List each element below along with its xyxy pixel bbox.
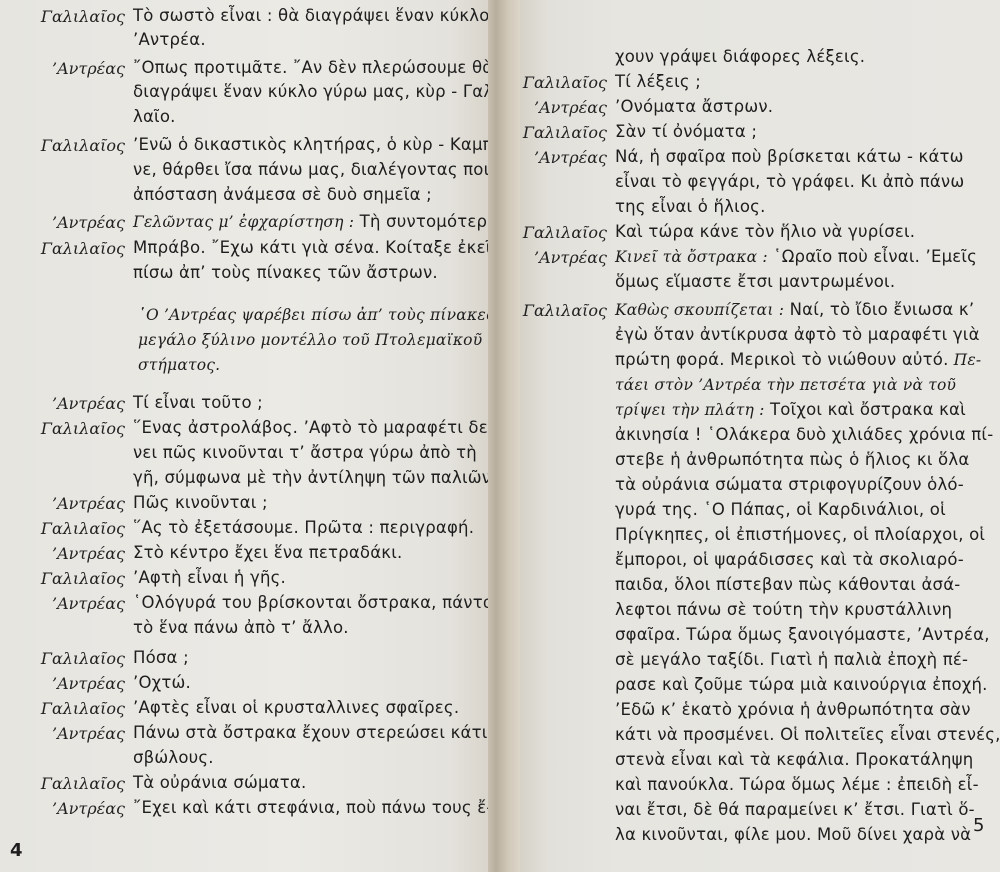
dialogue-line: Καθὼς σκουπίζεται : Ναί, τὸ ἴδιο ἔνιωσα … — [615, 300, 974, 319]
dialogue-text: νε, θάρθει ἴσα πάνω μας, διαλέγοντας ποι… — [133, 160, 488, 179]
dialogue-line: ’Ενῶ ὁ δικαστικὸς κλητήρας, ὁ κὺρ - Καμπ… — [133, 135, 488, 154]
dialogue-text: ἔμποροι, οἱ ψαράδισσες καὶ τὰ σκολιαρό- — [615, 550, 964, 569]
dialogue-text: σὲ μεγάλο ταξίδι. Γιατὶ ἡ παλιὰ ἐποχὴ πέ… — [615, 650, 968, 669]
dialogue-text: Στὸ κέντρο ἔχει ἕνα πετραδάκι. — [133, 543, 402, 562]
speaker-name: ’Αντρέας — [52, 544, 125, 563]
stage-direction: Κινεῖ τὰ ὄστρακα : — [615, 248, 768, 266]
dialogue-text: παιδα, ὅλοι πίστεβαν πὼς κάθονται ἀσά- — [615, 575, 960, 594]
speaker-name: ’Αντρέας — [52, 394, 125, 413]
dialogue-line: Τὸ σωστὸ εἶναι : θὰ διαγράψει ἕναν κύκλο — [133, 6, 488, 25]
dialogue-text: Ναί, τὸ ἴδιο ἔνιωσα κ’ — [784, 300, 974, 319]
dialogue-line: της εἶναι ὁ ἥλιος. — [615, 197, 766, 216]
dialogue-text: ’Αντρέα. — [133, 30, 206, 49]
dialogue-text: πίσω ἀπ’ τοὺς πίνακες τῶν ἄστρων. — [133, 263, 438, 282]
dialogue-line: λαῖο. — [133, 107, 176, 126]
dialogue-text: τὸ ἕνα πάνω ἀπὸ τ’ ἄλλο. — [133, 618, 349, 637]
dialogue-text: κάτι νὰ προσμένει. Οἱ πολιτεῖες εἶναι στ… — [615, 725, 1000, 744]
dialogue-text: ἀκινησία ! ῾Ολάκερα δυὸ χιλιάδες χρόνια … — [615, 425, 993, 444]
page-number-left: 4 — [10, 840, 23, 861]
dialogue-text: ἀπόσταση ἀνάμεσα σὲ δυὸ σημεῖα ; — [133, 185, 432, 204]
dialogue-text: Τὸ σωστὸ εἶναι : θὰ διαγράψει ἕναν κύκλο — [133, 6, 488, 25]
dialogue-line: ’Εδῶ κ’ ἑκατὸ χρόνια ἡ ἀνθρωπότητα σὰν — [615, 700, 971, 719]
dialogue-text: ’Εδῶ κ’ ἑκατὸ χρόνια ἡ ἀνθρωπότητα σὰν — [615, 700, 971, 719]
speaker-name: Γαλιλαῖος — [41, 239, 125, 258]
dialogue-line: Καὶ τώρα κάνε τὸν ἥλιο νὰ γυρίσει. — [615, 222, 915, 241]
dialogue-text: Τὴ συντομότερη. — [354, 212, 488, 231]
dialogue-line: λεφτοι πάνω σὲ τούτη τὴν κρυστάλλινη — [615, 600, 952, 619]
dialogue-line: ῞Ας τὸ ἐξετάσουμε. Πρῶτα : περιγραφή. — [133, 518, 474, 537]
stage-direction: τρίψει τὴν πλάτη : — [615, 401, 765, 419]
dialogue-text: Πάνω στὰ ὄστρακα ἔχουν στερεώσει κάτι — [133, 723, 488, 742]
dialogue-text: Πῶς κινοῦνται ; — [133, 493, 268, 512]
dialogue-line: Πάνω στὰ ὄστρακα ἔχουν στερεώσει κάτι — [133, 723, 488, 742]
speaker-name: ’Αντρέας — [52, 594, 125, 613]
dialogue-line: ’Οχτώ. — [133, 673, 191, 692]
dialogue-line: ἀκινησία ! ῾Ολάκερα δυὸ χιλιάδες χρόνια … — [615, 425, 993, 444]
dialogue-line: ἔμποροι, οἱ ψαράδισσες καὶ τὰ σκολιαρό- — [615, 550, 964, 569]
dialogue-line: Πρίγκηπες, οἱ ἐπιστήμονες, οἱ πλοίαρχοι,… — [615, 525, 985, 544]
dialogue-line: Νά, ἡ σφαῖρα ποὺ βρίσκεται κάτω - κάτω — [615, 147, 964, 166]
dialogue-line: ῎Εχει καὶ κάτι στεφάνια, ποὺ πάνω τους ἔ… — [133, 798, 488, 817]
dialogue-text: γυρά της. ῾Ο Πάπας, οἱ Καρδινάλιοι, οἱ — [615, 500, 946, 519]
dialogue-text: ’Οχτώ. — [133, 673, 191, 692]
dialogue-line: Μπράβο. ῎Εχω κάτι γιὰ σένα. Κοίταξε ἐκεῖ — [133, 238, 488, 257]
dialogue-line: γῆ, σύμφωνα μὲ τὴν ἀντίληψη τῶν παλιῶν. — [133, 468, 488, 487]
dialogue-line: Κινεῖ τὰ ὄστρακα : ῾Ωραῖο ποὺ εἶναι. ’Εμ… — [615, 247, 977, 266]
dialogue-text: τὰ οὐράνια σώματα στριφογυρίζουν ὁλό- — [615, 475, 964, 494]
dialogue-line: ῾Ολόγυρά του βρίσκονται ὄστρακα, πάντα — [133, 593, 488, 612]
speaker-name: Γαλιλαῖος — [41, 649, 125, 668]
dialogue-line: σὲ μεγάλο ταξίδι. Γιατὶ ἡ παλιὰ ἐποχὴ πέ… — [615, 650, 968, 669]
stage-direction-line: μεγάλο ξύλινο μοντέλλο τοῦ Πτολεμαϊκοῦ σ… — [138, 330, 488, 349]
dialogue-text: γῆ, σύμφωνα μὲ τὴν ἀντίληψη τῶν παλιῶν. — [133, 468, 488, 487]
dialogue-line: ῎Οπως προτιμᾶτε. ῎Αν δὲν πλερώσουμε θὰ — [133, 58, 488, 77]
speaker-name: Γαλιλαῖος — [523, 123, 607, 142]
dialogue-text: ’Ενῶ ὁ δικαστικὸς κλητήρας, ὁ κὺρ - Καμπ… — [133, 135, 488, 154]
dialogue-text: ἐγὼ ὅταν ἀντίκρυσα ἀφτὸ τὸ μαραφέτι γιὰ — [615, 325, 980, 344]
dialogue-text: ῎Οπως προτιμᾶτε. ῎Αν δὲν πλερώσουμε θὰ — [133, 58, 488, 77]
dialogue-line: ναι ἔτσι, δὲ θά παραμείνει κ’ ἔτσι. Γιατ… — [615, 800, 975, 819]
dialogue-text: Νά, ἡ σφαῖρα ποὺ βρίσκεται κάτω - κάτω — [615, 147, 964, 166]
dialogue-line: Στὸ κέντρο ἔχει ἕνα πετραδάκι. — [133, 543, 402, 562]
dialogue-line: χουν γράψει διάφορες λέξεις. — [615, 47, 865, 66]
dialogue-line: Τὰ οὐράνια σώματα. — [133, 773, 306, 792]
dialogue-text: ’Αφτὲς εἶναι οἱ κρυσταλλινες σφαῖρες. — [133, 698, 459, 717]
speaker-name: Γαλιλαῖος — [41, 136, 125, 155]
dialogue-line: ’Ονόματα ἄστρων. — [615, 97, 773, 116]
dialogue-text: ’Ονόματα ἄστρων. — [615, 97, 773, 116]
stage-direction: ῾Ο ’Αντρέας ψαρέβει πίσω ἀπ’ τοὺς πίνακε… — [138, 306, 488, 324]
left-page: ΓαλιλαῖοςΤὸ σωστὸ εἶναι : θὰ διαγράψει ἕ… — [0, 0, 488, 872]
dialogue-text: λαῖο. — [133, 107, 176, 126]
stage-direction: Καθὼς σκουπίζεται : — [615, 301, 784, 319]
dialogue-line: πρώτη φορά. Μερικοὶ τὸ νιώθουν αὐτό. Πε- — [615, 350, 981, 369]
dialogue-line: πίσω ἀπ’ τοὺς πίνακες τῶν ἄστρων. — [133, 263, 438, 282]
dialogue-line: Γελῶντας μ’ ἐφχαρίστηση : Τὴ συντομότερη… — [133, 212, 488, 231]
dialogue-text: νει πῶς κινοῦνται τ’ ἄστρα γύρω ἀπὸ τὴ — [133, 443, 477, 462]
dialogue-line: ’Αντρέα. — [133, 30, 206, 49]
dialogue-text: Μπράβο. ῎Εχω κάτι γιὰ σένα. Κοίταξε ἐκεῖ — [133, 238, 488, 257]
dialogue-text: στεβε ἡ ἀνθρωπότητα πὼς ὁ ἥλιος κι ὅλα — [615, 450, 969, 469]
stage-direction: Γελῶντας μ’ ἐφχαρίστηση : — [133, 213, 354, 231]
dialogue-text: λα κινοῦνται, φίλε μου. Μοῦ δίνει χαρὰ ν… — [615, 825, 971, 844]
dialogue-line: τὸ ἕνα πάνω ἀπὸ τ’ ἄλλο. — [133, 618, 349, 637]
dialogue-text: εἶναι τὸ φεγγάρι, τὸ γράφει. Κι ἀπὸ πάνω — [615, 172, 964, 191]
dialogue-line: ρασε καὶ ζοῦμε τώρα μιὰ καινούργια ἐποχή… — [615, 675, 988, 694]
speaker-name: Γαλιλαῖος — [41, 419, 125, 438]
dialogue-line: ἐγὼ ὅταν ἀντίκρυσα ἀφτὸ τὸ μαραφέτι γιὰ — [615, 325, 980, 344]
speaker-name: Γαλιλαῖος — [523, 301, 607, 320]
speaker-name: ’Αντρέας — [52, 724, 125, 743]
dialogue-text: Τί εἶναι τοῦτο ; — [133, 393, 263, 412]
dialogue-text: ’Αφτὴ εἶναι ἡ γῆς. — [133, 568, 286, 587]
dialogue-line: εἶναι τὸ φεγγάρι, τὸ γράφει. Κι ἀπὸ πάνω — [615, 172, 964, 191]
dialogue-text: Καὶ τώρα κάνε τὸν ἥλιο νὰ γυρίσει. — [615, 222, 915, 241]
dialogue-line: ’Αφτὴ εἶναι ἡ γῆς. — [133, 568, 286, 587]
dialogue-line: γυρά της. ῾Ο Πάπας, οἱ Καρδινάλιοι, οἱ — [615, 500, 946, 519]
speaker-name: ’Αντρέας — [52, 494, 125, 513]
dialogue-text: ῎Εχει καὶ κάτι στεφάνια, ποὺ πάνω τους ἔ… — [133, 798, 488, 817]
dialogue-text: λεφτοι πάνω σὲ τούτη τὴν κρυστάλλινη — [615, 600, 952, 619]
speaker-name: ’Αντρέας — [52, 799, 125, 818]
dialogue-text: Πόσα ; — [133, 648, 189, 667]
dialogue-line: Τί λέξεις ; — [615, 72, 701, 91]
dialogue-text: πρώτη φορά. Μερικοὶ τὸ νιώθουν αὐτό. — [615, 350, 949, 369]
dialogue-text: χουν γράψει διάφορες λέξεις. — [615, 47, 865, 66]
dialogue-line: νει πῶς κινοῦνται τ’ ἄστρα γύρω ἀπὸ τὴ — [133, 443, 477, 462]
dialogue-text: ρασε καὶ ζοῦμε τώρα μιὰ καινούργια ἐποχή… — [615, 675, 988, 694]
dialogue-line: ἀπόσταση ἀνάμεσα σὲ δυὸ σημεῖα ; — [133, 185, 432, 204]
speaker-name: Γαλιλαῖος — [523, 73, 607, 92]
stage-direction: Πε- — [949, 351, 982, 369]
dialogue-line: Πόσα ; — [133, 648, 189, 667]
dialogue-line: τὰ οὐράνια σώματα στριφογυρίζουν ὁλό- — [615, 475, 964, 494]
dialogue-line: Σὰν τί ὀνόματα ; — [615, 122, 757, 141]
book-gutter — [488, 0, 520, 872]
speaker-name: Γαλιλαῖος — [41, 569, 125, 588]
stage-direction: μεγάλο ξύλινο μοντέλλο τοῦ Πτολεμαϊκοῦ σ… — [138, 331, 488, 349]
speaker-name: ’Αντρέας — [534, 98, 607, 117]
dialogue-line: τρίψει τὴν πλάτη : Τοῖχοι καὶ ὄστρακα κα… — [615, 400, 966, 419]
speaker-name: Γαλιλαῖος — [41, 699, 125, 718]
dialogue-line: Πῶς κινοῦνται ; — [133, 493, 268, 512]
dialogue-text: σφαῖρα. Τώρα ὅμως ξανοιγόμαστε, ’Αντρέα, — [615, 625, 990, 644]
speaker-name: Γαλιλαῖος — [41, 519, 125, 538]
speaker-name: ’Αντρέας — [52, 59, 125, 78]
dialogue-line: σβώλους. — [133, 748, 214, 767]
dialogue-text: Τί λέξεις ; — [615, 72, 701, 91]
dialogue-text: της εἶναι ὁ ἥλιος. — [615, 197, 766, 216]
dialogue-text: Τὰ οὐράνια σώματα. — [133, 773, 306, 792]
dialogue-line: κάτι νὰ προσμένει. Οἱ πολιτεῖες εἶναι στ… — [615, 725, 1000, 744]
speaker-name: Γαλιλαῖος — [41, 774, 125, 793]
dialogue-line: διαγράψει ἕναν κύκλο γύρω μας, κὺρ - Γαλ… — [133, 82, 488, 101]
stage-direction-line: ῾Ο ’Αντρέας ψαρέβει πίσω ἀπ’ τοὺς πίνακε… — [138, 305, 488, 324]
dialogue-line: ῞Ενας ἀστρολάβος. ’Αφτὸ τὸ μαραφέτι δείχ… — [133, 418, 488, 437]
dialogue-text: ῞Ενας ἀστρολάβος. ’Αφτὸ τὸ μαραφέτι δείχ… — [133, 418, 488, 437]
dialogue-text: ῞Ας τὸ ἐξετάσουμε. Πρῶτα : περιγραφή. — [133, 518, 474, 537]
speaker-name: ’Αντρέας — [534, 248, 607, 267]
dialogue-text: σβώλους. — [133, 748, 214, 767]
dialogue-text: στενὰ εἶναι καὶ τὰ κεφάλια. Προκατάληψη — [615, 750, 973, 769]
dialogue-line: σφαῖρα. Τώρα ὅμως ξανοιγόμαστε, ’Αντρέα, — [615, 625, 990, 644]
speaker-name: ’Αντρέας — [52, 213, 125, 232]
dialogue-line: ὅμως εἵμαστε ἔτσι μαντρωμένοι. — [615, 272, 895, 291]
page-number-right: 5 — [973, 815, 984, 836]
dialogue-line: Τί εἶναι τοῦτο ; — [133, 393, 263, 412]
dialogue-line: παιδα, ὅλοι πίστεβαν πὼς κάθονται ἀσά- — [615, 575, 960, 594]
dialogue-line: στενὰ εἶναι καὶ τὰ κεφάλια. Προκατάληψη — [615, 750, 973, 769]
dialogue-text: ὅμως εἵμαστε ἔτσι μαντρωμένοι. — [615, 272, 895, 291]
dialogue-text: καὶ πανούκλα. Τώρα ὅμως λέμε : ἐπειδὴ εἶ… — [615, 775, 979, 794]
dialogue-text: Σὰν τί ὀνόματα ; — [615, 122, 757, 141]
speaker-name: ’Αντρέας — [52, 674, 125, 693]
dialogue-text: ῾Ωραῖο ποὺ εἶναι. ’Εμεῖς — [768, 247, 977, 266]
dialogue-text: ῾Ολόγυρά του βρίσκονται ὄστρακα, πάντα — [133, 593, 488, 612]
right-page: χουν γράψει διάφορες λέξεις.ΓαλιλαῖοςΤί … — [520, 0, 1000, 872]
dialogue-line: νε, θάρθει ἴσα πάνω μας, διαλέγοντας ποι… — [133, 160, 488, 179]
dialogue-line: λα κινοῦνται, φίλε μου. Μοῦ δίνει χαρὰ ν… — [615, 825, 971, 844]
speaker-name: Γαλιλαῖος — [523, 223, 607, 242]
dialogue-text: ναι ἔτσι, δὲ θά παραμείνει κ’ ἔτσι. Γιατ… — [615, 800, 975, 819]
dialogue-text: Πρίγκηπες, οἱ ἐπιστήμονες, οἱ πλοίαρχοι,… — [615, 525, 985, 544]
stage-direction: στήματος. — [138, 356, 220, 374]
dialogue-line: ’Αφτὲς εἶναι οἱ κρυσταλλινες σφαῖρες. — [133, 698, 459, 717]
dialogue-line: στεβε ἡ ἀνθρωπότητα πὼς ὁ ἥλιος κι ὅλα — [615, 450, 969, 469]
dialogue-line: καὶ πανούκλα. Τώρα ὅμως λέμε : ἐπειδὴ εἶ… — [615, 775, 979, 794]
stage-direction-line: στήματος. — [138, 355, 220, 374]
stage-direction: τάει στὸν ’Αντρέα τὴν πετσέτα γιὰ νὰ τοῦ — [615, 376, 956, 394]
speaker-name: ’Αντρέας — [534, 148, 607, 167]
speaker-name: Γαλιλαῖος — [41, 7, 125, 26]
stage-direction-line: τάει στὸν ’Αντρέα τὴν πετσέτα γιὰ νὰ τοῦ — [615, 375, 956, 394]
dialogue-text: Τοῖχοι καὶ ὄστρακα καὶ — [765, 400, 966, 419]
dialogue-text: διαγράψει ἕναν κύκλο γύρω μας, κὺρ - Γαλ… — [133, 82, 488, 101]
